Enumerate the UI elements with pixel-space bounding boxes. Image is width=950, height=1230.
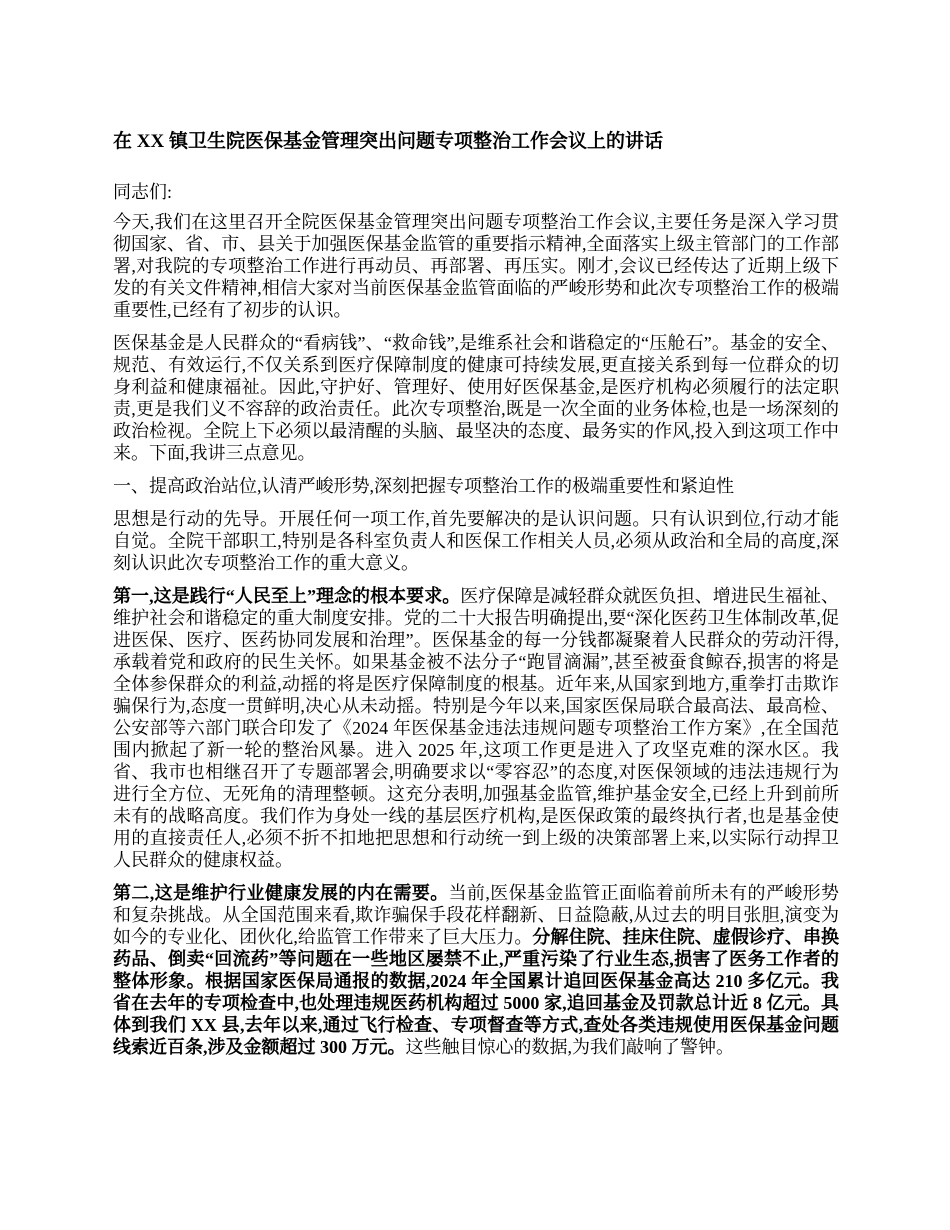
text-run-bold: 在 XX 镇卫生院医保基金管理突出问题专项整治工作会议上的讲话 xyxy=(113,131,663,152)
document-content: 在 XX 镇卫生院医保基金管理突出问题专项整治工作会议上的讲话同志们:今天,我们… xyxy=(113,131,839,1069)
text-run: 同志们: xyxy=(113,182,172,202)
section-heading: 一、提高政治站位,认清严峻形势,深刻把握专项整治工作的极端重要性和紧迫性 xyxy=(113,475,839,497)
text-run-bold: 第一,这是践行“人民至上”理念的根本要求。 xyxy=(113,586,460,606)
text-run: 今天,我们在这里召开全院医保基金管理突出问题专项整治工作会议,主要任务是深入学习… xyxy=(113,212,839,320)
text-run: 思想是行动的先导。开展任何一项工作,首先要解决的是认识问题。只有认识到位,行动才… xyxy=(113,509,839,573)
paragraph: 医保基金是人民群众的“看病钱”、“救命钱”,是维系社会和谐稳定的“压舱石”。基金… xyxy=(113,332,839,464)
document-title: 在 XX 镇卫生院医保基金管理突出问题专项整治工作会议上的讲话 xyxy=(113,131,839,153)
paragraph: 今天,我们在这里召开全院医保基金管理突出问题专项整治工作会议,主要任务是深入学习… xyxy=(113,211,839,321)
text-run: 医疗保障是减轻群众就医负担、增进民生福祉、维护社会和谐稳定的重大制度安排。党的二… xyxy=(113,586,839,870)
text-run-bold: 第二,这是维护行业健康发展的内在需要。 xyxy=(113,883,449,903)
document-page: 在 XX 镇卫生院医保基金管理突出问题专项整治工作会议上的讲话同志们:今天,我们… xyxy=(0,0,950,1230)
paragraph: 思想是行动的先导。开展任何一项工作,首先要解决的是认识问题。只有认识到位,行动才… xyxy=(113,508,839,574)
paragraph: 第二,这是维护行业健康发展的内在需要。当前,医保基金监管正面临着前所未有的严峻形… xyxy=(113,882,839,1058)
text-run: 一、提高政治站位,认清严峻形势,深刻把握专项整治工作的极端重要性和紧迫性 xyxy=(113,476,734,496)
text-run: 这些触目惊心的数据,为我们敲响了警钟。 xyxy=(406,1037,735,1057)
paragraph: 第一,这是践行“人民至上”理念的根本要求。医疗保障是减轻群众就医负担、增进民生福… xyxy=(113,585,839,871)
text-run: 医保基金是人民群众的“看病钱”、“救命钱”,是维系社会和谐稳定的“压舱石”。基金… xyxy=(113,333,839,463)
salutation: 同志们: xyxy=(113,181,839,203)
